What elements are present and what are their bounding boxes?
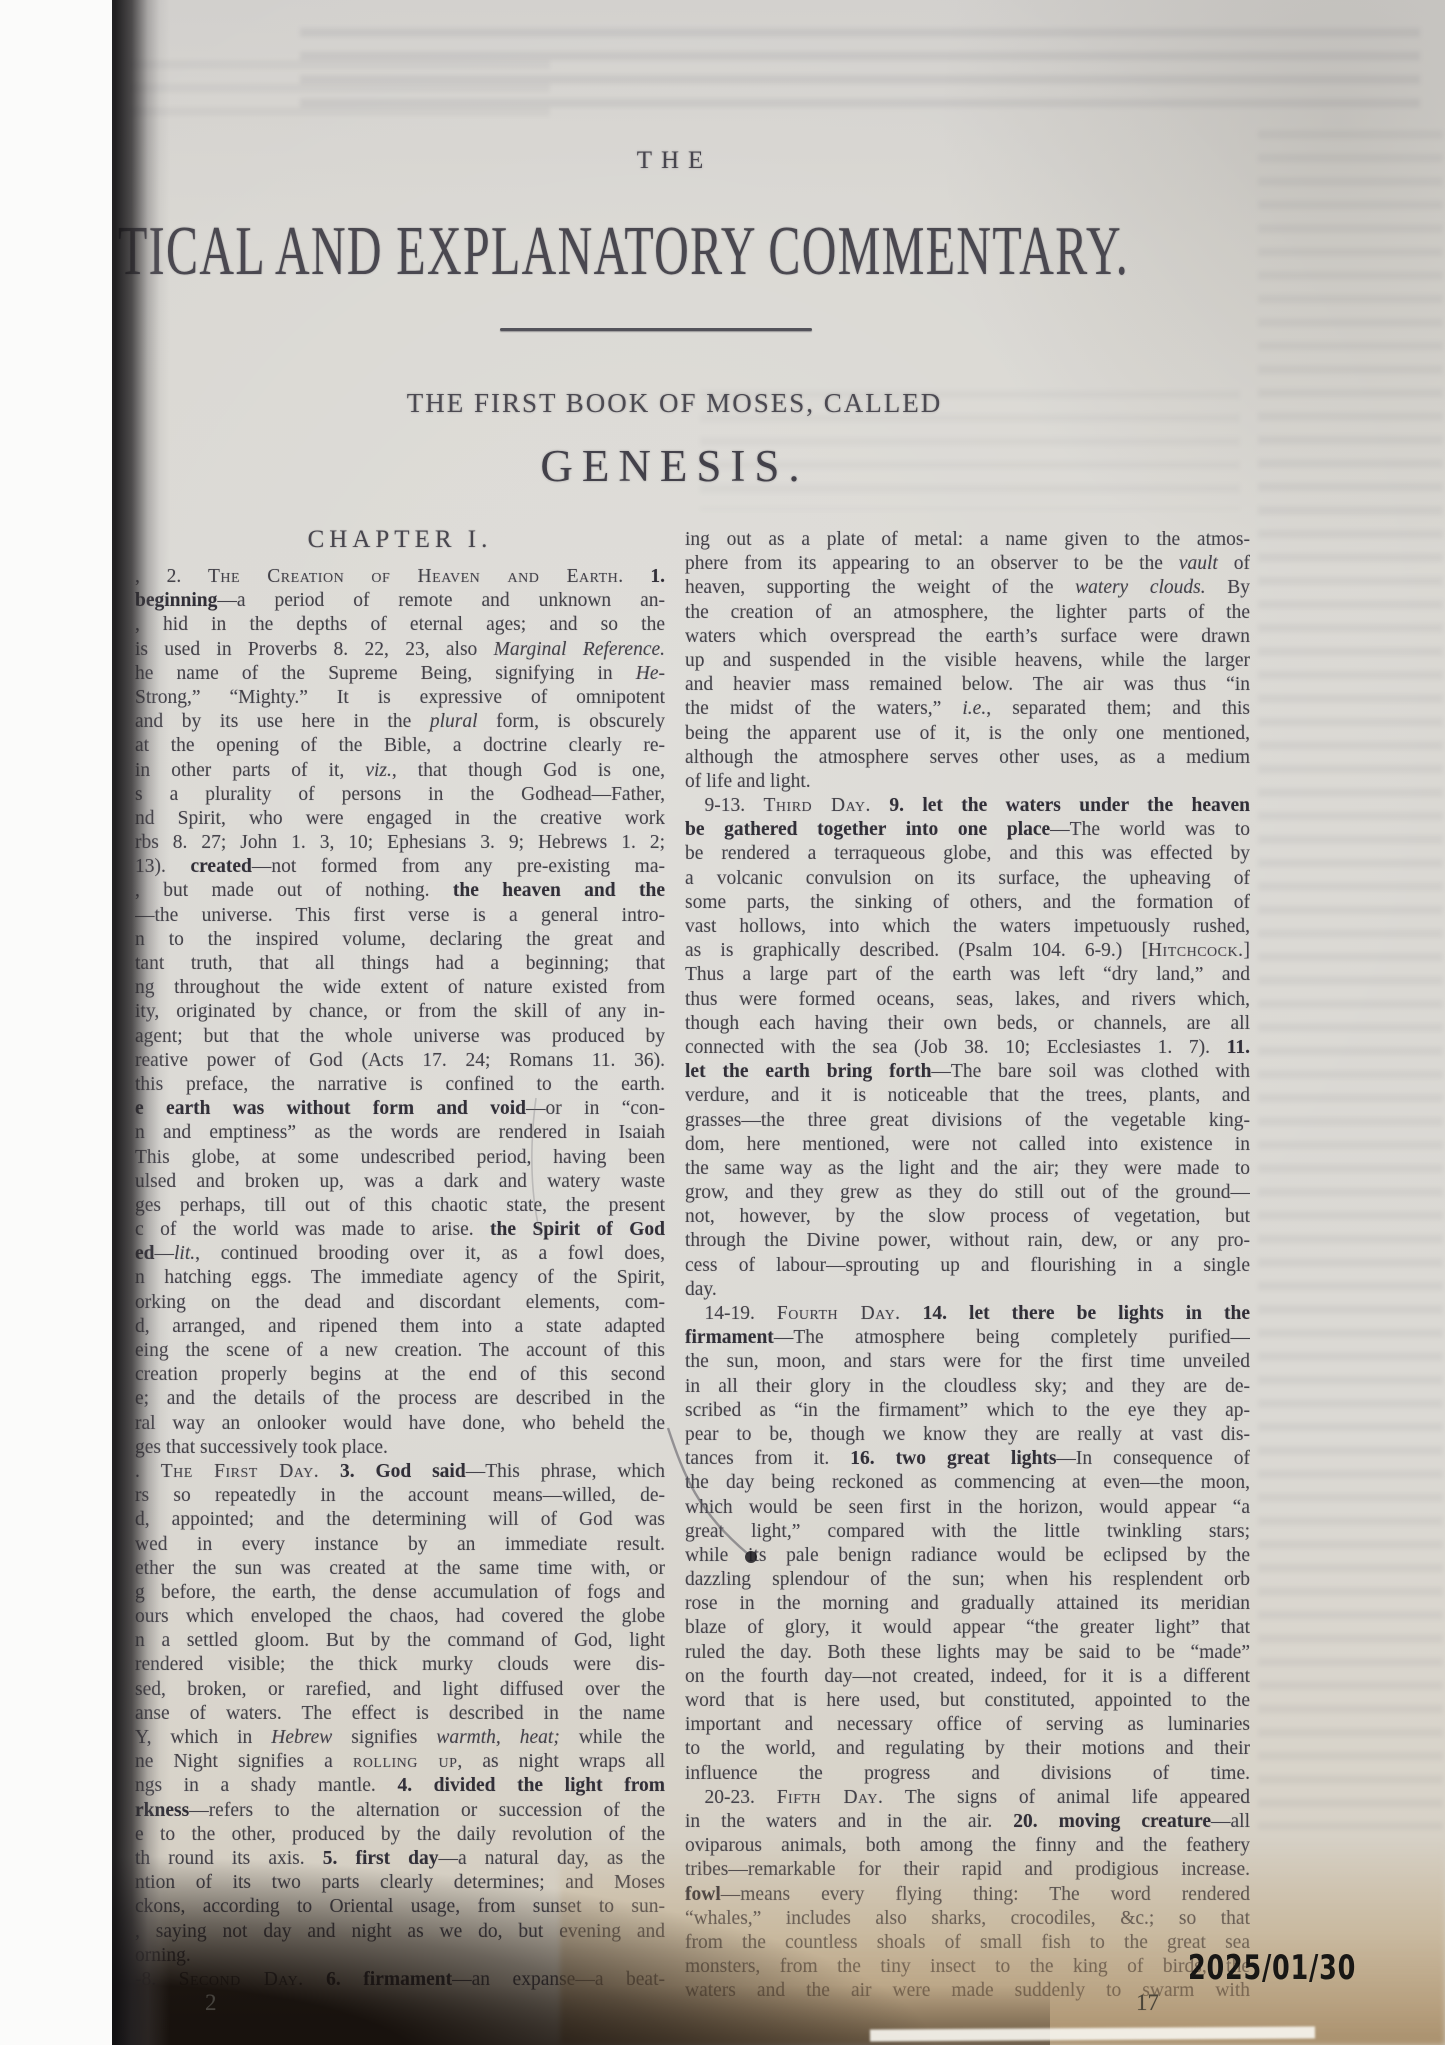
- scan-background-strip: [0, 0, 112, 2045]
- fiber-artifact: [0, 0, 1445, 2045]
- book-photo: THE TICAL AND EXPLANATORY COMMENTARY. TH…: [0, 0, 1445, 2045]
- camera-date-stamp: 2025/01/30: [1188, 1948, 1356, 1988]
- page-number-left: 2: [205, 1990, 217, 2016]
- page-number-right: 17: [1136, 1990, 1159, 2016]
- gutter-shadow: [112, 0, 170, 2045]
